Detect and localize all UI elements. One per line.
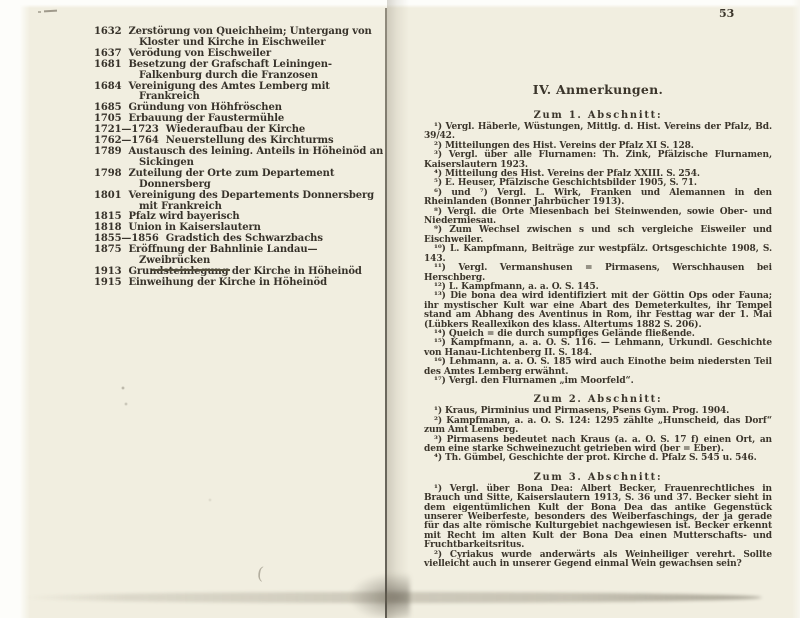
chronology-entry: 1875Eröffnung der Bahnlinie Landau—Zweib… bbox=[94, 245, 386, 267]
section-2-heading: Zum 2. Abschnitt: bbox=[424, 394, 772, 405]
bottom-scan-smudge bbox=[22, 592, 762, 603]
chronology-year: 1762—1764 bbox=[94, 135, 159, 146]
section-3-heading: Zum 3. Abschnitt: bbox=[424, 472, 772, 483]
footnote: ¹) Vergl. über Bona Dea: Albert Becker, … bbox=[424, 485, 772, 551]
chronology-event: Austausch des leining. Anteils in Höhein… bbox=[128, 146, 383, 168]
chronology-list: 1632Zerstörung von Queichheim; Untergang… bbox=[94, 27, 386, 289]
chronology-year: 1798 bbox=[94, 168, 121, 179]
chronology-year: 1721—1723 bbox=[94, 124, 159, 135]
chronology-event: Zerstörung von Queichheim; Untergang von… bbox=[128, 26, 371, 48]
divider-line bbox=[152, 269, 230, 271]
chronology-year: 1789 bbox=[94, 146, 121, 157]
chronology-event: Gründung von Höhfröschen bbox=[128, 102, 281, 113]
chronology-event: Besetzung der Grafschaft Leiningen-Falke… bbox=[128, 59, 332, 81]
chronology-event: Pfalz wird bayerisch bbox=[128, 211, 239, 222]
chronology-entry: 1801Vereinigung des Departements Donners… bbox=[94, 191, 386, 213]
top-margin-pen-dash bbox=[44, 10, 57, 13]
footnote: ³) Vergl. über alle Flurnamen: Th. Zink,… bbox=[424, 151, 772, 170]
chronology-event: Neuerstellung des Kirchturms bbox=[166, 135, 334, 146]
chronology-event: Vereinigung des Departements Donnersberg… bbox=[128, 190, 374, 212]
annotations-column: IV. Anmerkungen. Zum 1. Abschnitt: ¹) Ve… bbox=[424, 82, 772, 569]
top-margin-pen-dot bbox=[38, 11, 41, 13]
footnote: ¹⁷) Vergl. den Flurnamen „im Moorfeld“. bbox=[424, 377, 772, 386]
chronology-entry: 1681Besetzung der Grafschaft Leiningen-F… bbox=[94, 60, 386, 82]
chronology-entry: 1915Einweihung der Kirche in Höheinöd bbox=[94, 278, 386, 289]
chronology-event: Zuteilung der Orte zum Departement Donne… bbox=[128, 168, 334, 190]
chronology-year: 1637 bbox=[94, 48, 121, 59]
footnote: ¹⁶) Lehmann, a. a. O. S. 185 wird auch E… bbox=[424, 358, 772, 377]
footnote: ⁸) Vergl. die Orte Miesenbach bei Steinw… bbox=[424, 208, 772, 227]
section-3-notes: ¹) Vergl. über Bona Dea: Albert Becker, … bbox=[424, 485, 772, 570]
annotations-title: IV. Anmerkungen. bbox=[424, 82, 772, 97]
chronology-year: 1705 bbox=[94, 113, 121, 124]
footnote: ²) Cyriakus wurde anderwärts als Weinhei… bbox=[424, 551, 772, 570]
chronology-event: Eröffnung der Bahnlinie Landau—Zweibrück… bbox=[128, 244, 317, 266]
chronology-event: Grundsteinlegung der Kirche in Höheinöd bbox=[128, 266, 361, 277]
chronology-year: 1681 bbox=[94, 59, 121, 70]
chronology-event: Erbauung der Faustermühle bbox=[128, 113, 284, 124]
footnote: ¹¹) Vergl. Vermanshusen = Pirmasens, Wer… bbox=[424, 264, 772, 283]
scan-edge-left bbox=[0, 0, 30, 618]
chronology-event: Gradstich des Schwarzbachs bbox=[166, 233, 323, 244]
chronology-year: 1915 bbox=[94, 277, 121, 288]
footnote: ⁴) Th. Gümbel, Geschichte der prot. Kirc… bbox=[424, 454, 772, 463]
chronology-year: 1685 bbox=[94, 102, 121, 113]
footnote: ¹⁵) Kampfmann, a. a. O. S. 116. — Lehman… bbox=[424, 339, 772, 358]
chronology-entry: 1632Zerstörung von Queichheim; Untergang… bbox=[94, 27, 386, 49]
chronology-year: 1875 bbox=[94, 244, 121, 255]
footnote: ¹³) Die bona dea wird identifiziert mit … bbox=[424, 292, 772, 330]
chronology-entry: 1798Zuteilung der Orte zum Departement D… bbox=[94, 169, 386, 191]
footnote: ³) Pirmasens bedeutet nach Kraus (a. a. … bbox=[424, 436, 772, 455]
footnote: ²) Kampfmann, a. a. O. S. 124: 1295 zähl… bbox=[424, 417, 772, 436]
footnote: ¹⁰) L. Kampfmann, Beiträge zur westpfälz… bbox=[424, 245, 772, 264]
scan-edge-right bbox=[792, 0, 800, 618]
chronology-entry: 1684Vereinigung des Amtes Lemberg mit Fr… bbox=[94, 82, 386, 104]
section-1-notes: ¹) Vergl. Häberle, Wüstungen, Mittlg. d.… bbox=[424, 123, 772, 386]
chronology-year: 1801 bbox=[94, 190, 121, 201]
page-number: 53 bbox=[719, 7, 734, 20]
footnote: ⁹) Zum Wechsel zwischen s und sch vergle… bbox=[424, 226, 772, 245]
chronology-year: 1815 bbox=[94, 211, 121, 222]
chronology-event: Union in Kaiserslautern bbox=[128, 222, 260, 233]
section-1-heading: Zum 1. Abschnitt: bbox=[424, 110, 772, 121]
footnote: ¹) Vergl. Häberle, Wüstungen, Mittlg. d.… bbox=[424, 123, 772, 142]
chronology-year: 1632 bbox=[94, 26, 121, 37]
chronology-entry: 1789Austausch des leining. Anteils in Hö… bbox=[94, 147, 386, 169]
chronology-event: Einweihung der Kirche in Höheinöd bbox=[128, 277, 327, 288]
chronology-year: 1818 bbox=[94, 222, 121, 233]
chronology-event: Verödung von Eischweiler bbox=[128, 48, 271, 59]
chronology-event: Wiederaufbau der Kirche bbox=[166, 124, 305, 135]
chronology-year: 1913 bbox=[94, 266, 121, 277]
chronology-event: Vereinigung des Amtes Lemberg mit Frankr… bbox=[128, 81, 329, 103]
scanned-book-spread: ( 1632Zerstörung von Queichheim; Unterga… bbox=[0, 0, 800, 618]
section-2-notes: ¹) Kraus, Pirminius und Pirmasens, Psens… bbox=[424, 407, 772, 463]
chronology-year: 1684 bbox=[94, 81, 121, 92]
footnote: ⁶) und ⁷) Vergl. L. Wirk, Franken und Al… bbox=[424, 189, 772, 208]
pencil-mark: ( bbox=[256, 564, 265, 585]
gutter-shadow bbox=[387, 0, 409, 618]
chronology-year: 1855—1856 bbox=[94, 233, 159, 244]
